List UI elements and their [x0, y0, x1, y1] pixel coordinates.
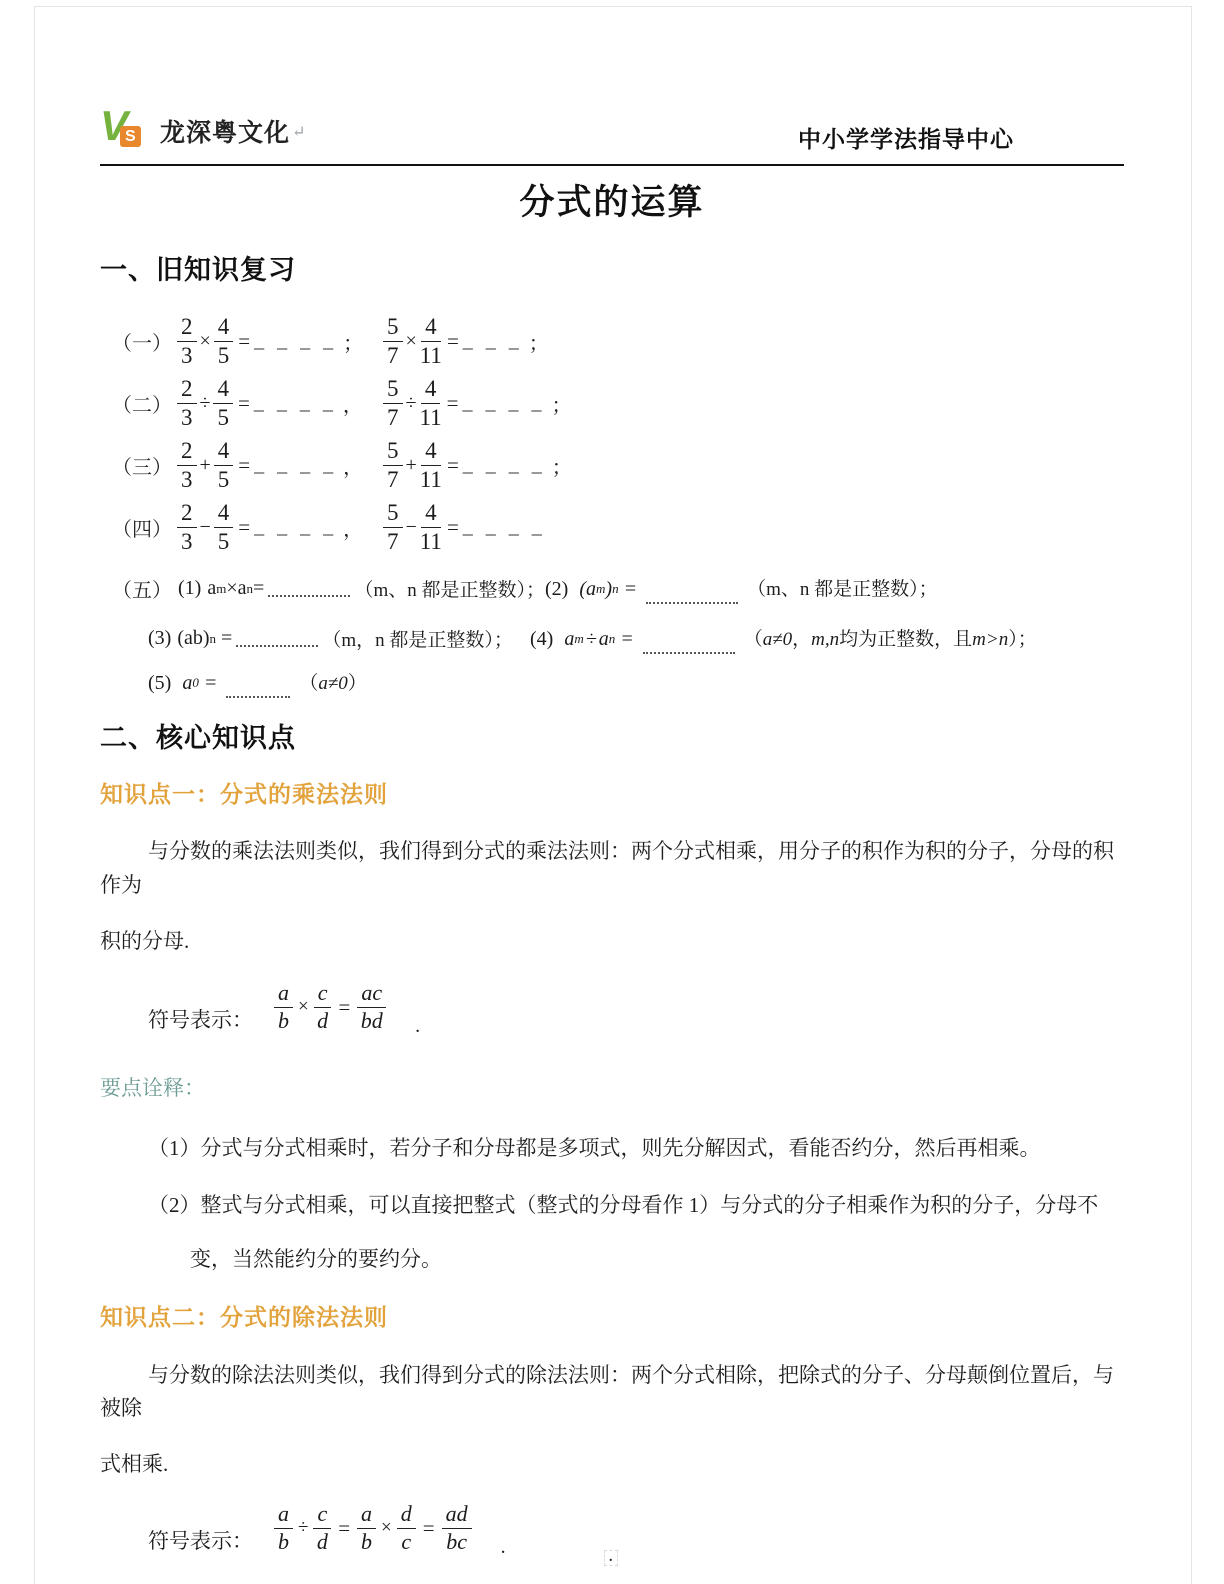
page-title: 分式的运算: [100, 178, 1124, 227]
punctuation: ；: [552, 451, 572, 480]
item-label: (5): [148, 672, 171, 694]
org-name: 中小学学法指导中心: [798, 121, 1014, 154]
fraction: 23: [177, 500, 197, 555]
operator: +: [200, 454, 211, 477]
item-label: (1): [178, 577, 201, 600]
logo-s-badge-icon: S: [120, 126, 141, 147]
power-item-5: (5) a0 = （a≠0）: [148, 668, 367, 698]
symbol-label: 符号表示：: [148, 1525, 253, 1563]
answer-blank: _ _ _ _: [254, 392, 337, 415]
logo-name: 龙深粤文化: [160, 113, 290, 149]
fraction: 45: [213, 376, 233, 431]
power-item-2: (2) (am)n = （m、n 都是正整数）；: [545, 574, 938, 604]
return-mark-icon: ↵: [292, 122, 305, 142]
item-label: (3): [148, 627, 171, 650]
dotted-answer-blank: [268, 581, 350, 597]
fraction: 57: [383, 376, 403, 431]
kp1-note-point1: （1）分式与分式相乘时，若分子和分母都是多项式，则先分解因式，看能否约分，然后再…: [148, 1132, 1124, 1166]
operator: ×: [381, 1517, 392, 1539]
section-review-heading: 一、旧知识复习: [100, 253, 1124, 288]
fraction: ab: [274, 981, 293, 1033]
dotted-answer-blank: [646, 588, 738, 604]
exercise-row-1: （一） 23 × 45 = _ _ _ _ ； 57 × 411 = _ _ _…: [112, 311, 1124, 373]
punctuation: ；: [529, 327, 549, 356]
fraction: 23: [177, 314, 197, 369]
fraction: cd: [313, 1502, 331, 1554]
formula-period: .: [415, 1015, 420, 1042]
exercise-row-3: （三） 23 + 45 = _ _ _ _ ， 57 + 411 = _ _ _…: [112, 435, 1124, 497]
row-label: （二）: [112, 389, 176, 418]
punctuation: ，: [343, 513, 363, 542]
formula-period: .: [501, 1536, 506, 1563]
row-label: （三）: [112, 451, 176, 480]
fraction: 45: [214, 500, 234, 555]
fraction: 57: [383, 438, 403, 493]
operator: ÷: [200, 392, 211, 415]
power-rules-line-3: (5) a0 = （a≠0）: [148, 663, 1124, 703]
worksheet-page: V S 龙深粤文化 ↵ 中小学学法指导中心 分式的运算 一、旧知识复习 （一） …: [0, 0, 1224, 1584]
expression: 57 − 411 = _ _ _ _: [382, 500, 552, 555]
equals-sign: =: [238, 329, 250, 354]
fraction: cd: [314, 981, 332, 1033]
key-notes-heading: 要点诠释：: [100, 1072, 1124, 1106]
power-rules-line-1: （五） (1) am×an= （m、n 都是正整数）； (2) (am)n = …: [112, 567, 1124, 611]
condition-note: （a≠0）: [299, 673, 366, 694]
operator: +: [406, 454, 417, 477]
condition-note: （m、n 都是正整数）；: [747, 579, 938, 600]
kp2-paragraph-line2: 式相乘.: [100, 1448, 1124, 1482]
kp2-formula-line: 符号表示： ab ÷ cd = ab × dc = adbc .: [148, 1493, 1124, 1563]
fraction: 45: [214, 314, 234, 369]
footer-mark: .: [604, 1550, 618, 1566]
fraction: adbc: [442, 1502, 472, 1554]
answer-blank: _ _ _ _: [462, 392, 545, 415]
equals-sign: =: [447, 329, 459, 354]
fraction: 411: [420, 438, 442, 493]
answer-blank: _ _ _ _: [463, 516, 546, 539]
kp1-formula-line: 符号表示： ab × cd = acbd .: [148, 972, 1124, 1042]
section-core-heading: 二、核心知识点: [100, 721, 1124, 756]
fraction: dc: [397, 1502, 416, 1554]
power-item-1: （五） (1) am×an= （m、n 都是正整数）；: [112, 574, 545, 603]
multiplication-formula: ab × cd = acbd: [271, 981, 389, 1033]
power-item-3: (3) (ab)n = （m，n 都是正整数）；: [148, 625, 530, 652]
answer-blank: _ _ _ _: [254, 330, 337, 353]
operator: −: [406, 516, 417, 539]
kp1-paragraph-line2: 积的分母.: [100, 925, 1124, 959]
fraction: acbd: [357, 981, 386, 1033]
condition-note: （a≠0，m,n均为正整数，且m>n）；: [744, 629, 1037, 650]
logo-icon: V S: [100, 108, 152, 154]
expression: 23 × 45 = _ _ _ _ ；: [176, 314, 382, 369]
condition-note: （m，n 都是正整数）；: [322, 625, 513, 652]
operator: −: [200, 516, 211, 539]
kp2-paragraph-line1: 与分数的除法法则类似，我们得到分式的除法法则：两个分式相除，把除式的分子、分母颠…: [100, 1359, 1124, 1426]
review-exercises: （一） 23 × 45 = _ _ _ _ ； 57 × 411 = _ _ _…: [100, 311, 1124, 559]
equals-sign: =: [338, 1516, 350, 1541]
item-label: (2): [545, 578, 568, 600]
equals-sign: =: [447, 391, 459, 416]
kp1-paragraph-line1: 与分数的乘法法则类似，我们得到分式的乘法法则：两个分式相乘，用分子的积作为积的分…: [100, 835, 1124, 902]
answer-blank: _ _ _ _: [254, 454, 337, 477]
fraction: 23: [177, 438, 197, 493]
power-expression: (am)n =: [579, 578, 637, 601]
equals-sign: =: [423, 1516, 435, 1541]
dotted-answer-blank: [643, 638, 735, 654]
equals-sign: =: [238, 391, 250, 416]
punctuation: ；: [551, 389, 571, 418]
expression: 57 × 411 = _ _ _ ；: [382, 314, 549, 369]
equals-sign: =: [447, 453, 459, 478]
expression: 57 ÷ 411 = _ _ _ _ ；: [382, 376, 571, 431]
answer-blank: _ _ _: [463, 330, 523, 353]
power-rules-line-2: (3) (ab)n = （m，n 都是正整数）； (4) am÷an = （a≠…: [148, 617, 1124, 661]
fraction: 45: [214, 438, 234, 493]
item-label: (4): [530, 628, 553, 650]
kp2-heading: 知识点二：分式的除法法则: [100, 1303, 1124, 1333]
exercise-row-4: （四） 23 − 45 = _ _ _ _ ， 57 − 411 = _ _ _…: [112, 497, 1124, 559]
expression: 57 + 411 = _ _ _ _ ；: [382, 438, 572, 493]
fraction: 57: [383, 314, 403, 369]
fraction: 411: [420, 500, 442, 555]
power-item-4: (4) am÷an = （a≠0，m,n均为正整数，且m>n）；: [530, 624, 1037, 654]
exercise-row-2: （二） 23 ÷ 45 = _ _ _ _ ， 57 ÷ 411 = _ _ _…: [112, 373, 1124, 435]
equals-sign: =: [447, 515, 459, 540]
fraction: 23: [177, 376, 197, 431]
row-label: （一）: [112, 327, 176, 356]
expression: 23 + 45 = _ _ _ _ ，: [176, 438, 382, 493]
kp1-note-point2-line1: （2）整式与分式相乘，可以直接把整式（整式的分母看作 1）与分式的分子相乘作为积…: [148, 1189, 1124, 1223]
kp1-note-point2-line2: 变，当然能约分的要约分。: [190, 1243, 1124, 1277]
fraction: 57: [383, 500, 403, 555]
power-expression: (ab)n =: [177, 627, 232, 650]
header: V S 龙深粤文化 ↵ 中小学学法指导中心: [100, 108, 1124, 166]
fraction: ab: [357, 1502, 376, 1554]
fraction: 411: [419, 376, 441, 431]
equals-sign: =: [238, 453, 250, 478]
equals-sign: =: [338, 995, 350, 1020]
kp1-heading: 知识点一：分式的乘法法则: [100, 780, 1124, 810]
expression: 23 − 45 = _ _ _ _ ，: [176, 500, 382, 555]
row-label: （五）: [112, 574, 172, 603]
punctuation: ，: [343, 451, 363, 480]
symbol-label: 符号表示：: [148, 1004, 253, 1042]
operator: ÷: [298, 1517, 308, 1539]
dotted-answer-blank: [236, 631, 318, 647]
answer-blank: _ _ _ _: [254, 516, 337, 539]
punctuation: ；: [343, 327, 363, 356]
dotted-answer-blank: [226, 682, 290, 698]
logo: V S 龙深粤文化 ↵: [100, 108, 305, 154]
operator: ×: [406, 330, 417, 353]
answer-blank: _ _ _ _: [463, 454, 546, 477]
expression: 23 ÷ 45 = _ _ _ _ ，: [176, 376, 382, 431]
operator: ×: [200, 330, 211, 353]
operator: ×: [298, 996, 309, 1018]
condition-note: （m、n 都是正整数）；: [354, 575, 545, 602]
row-label: （四）: [112, 513, 176, 542]
operator: ÷: [406, 392, 417, 415]
punctuation: ，: [343, 389, 363, 418]
fraction: 411: [420, 314, 442, 369]
power-expression: a0 =: [182, 672, 217, 695]
power-expression: am×an=: [207, 577, 264, 600]
equals-sign: =: [238, 515, 250, 540]
fraction: ab: [274, 1502, 293, 1554]
power-expression: am÷an =: [564, 628, 633, 651]
division-formula: ab ÷ cd = ab × dc = adbc: [271, 1502, 475, 1554]
